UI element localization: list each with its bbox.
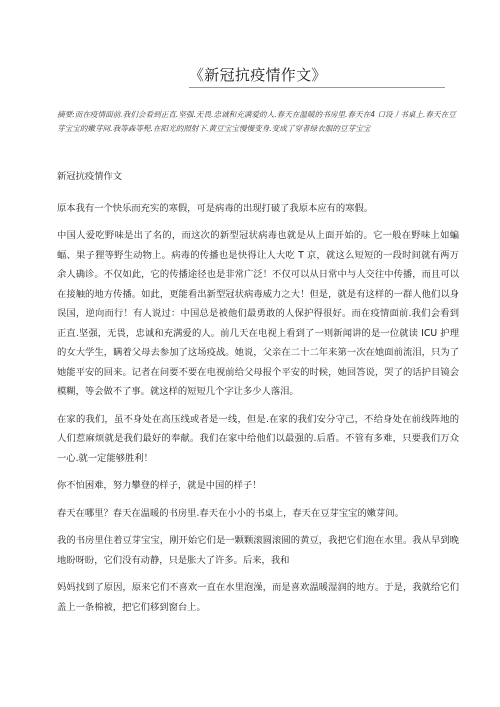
paragraph: 春天在哪里？春天在温暖的书房里.春天在小小的书桌上，春天在豆芽宝宝的嫩芽间。: [57, 504, 459, 524]
paragraph: 我的书房里住着豆芽宝宝，刚开始它们是一颗颗滚圆滚圆的黄豆，我把它们泡在水里。我从…: [57, 531, 459, 570]
title-container: 《新冠抗疫情作文》: [189, 66, 445, 88]
paragraph: 妈妈找到了原因，原来它们不喜欢一直在水里泡澡，而是喜欢温暖湿润的地方。于是，我就…: [57, 578, 459, 617]
essay-heading: 新冠抗疫情作文: [57, 167, 459, 187]
document-abstract: 摘要:而在疫情面前.我们会看到正直.坚强.无畏.忠诚和充满爱的人.春天在温暖的书…: [57, 108, 457, 136]
paragraph: 原本我有一个快乐而充实的寒假，可是病毒的出现打破了我原本应有的寒假。: [57, 199, 459, 219]
document-body: 新冠抗疫情作文 原本我有一个快乐而充实的寒假，可是病毒的出现打破了我原本应有的寒…: [57, 167, 459, 625]
paragraph: 中国人爱吃野味是出了名的，而这次的新型冠状病毒也就是从上面开始的。它一般在野味上…: [57, 226, 459, 402]
paragraph: 你不怕困难，努力攀登的样子，就是中国的样子！: [57, 476, 459, 496]
paragraph: 在家的我们，虽不身处在高压线或者是一线，但是.在家的我们安分守己，不给身处在前线…: [57, 410, 459, 469]
document-title: 《新冠抗疫情作文》: [189, 66, 445, 85]
